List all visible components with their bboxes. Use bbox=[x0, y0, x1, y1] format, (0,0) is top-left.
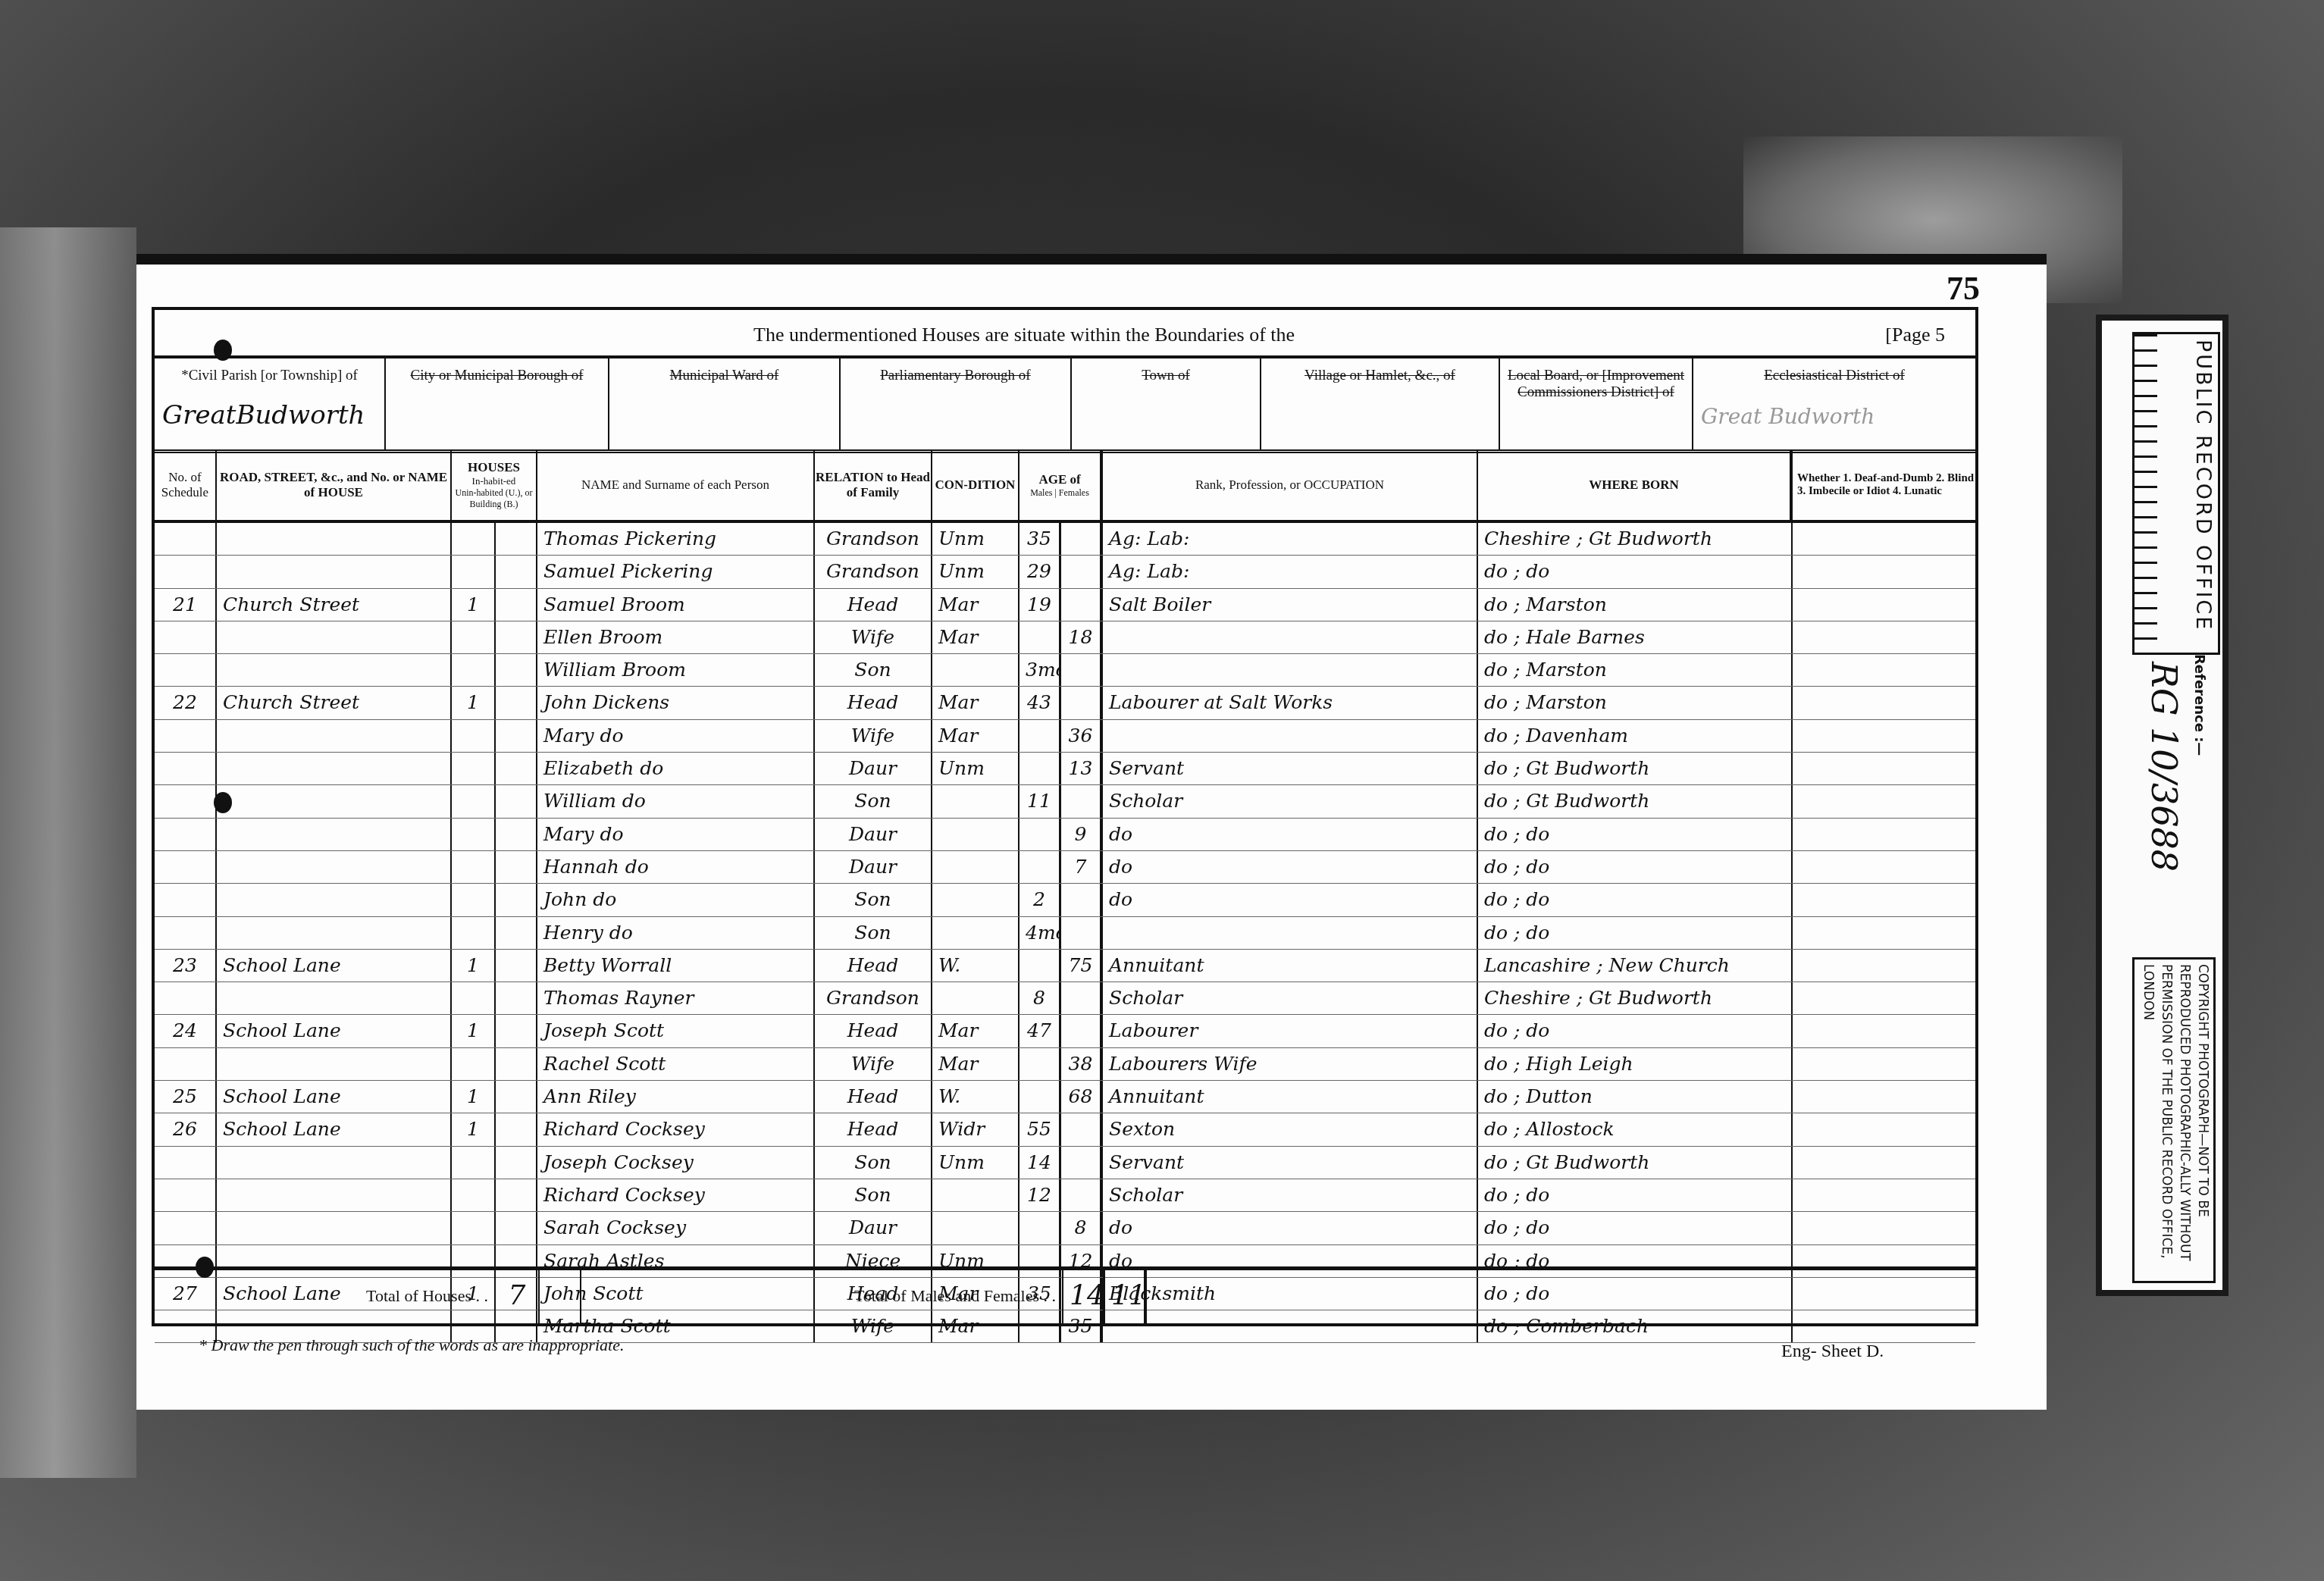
male-age-cell bbox=[1019, 753, 1061, 784]
where-born-cell: do ; do bbox=[1478, 1179, 1793, 1211]
disability-cell bbox=[1793, 917, 1975, 949]
census-rows: Thomas PickeringGrandsonUnm35Ag: Lab:Che… bbox=[155, 523, 1975, 1343]
name-cell: Richard Cocksey bbox=[537, 1179, 815, 1211]
uninhabited-cell bbox=[496, 819, 537, 850]
disability-cell bbox=[1793, 621, 1975, 653]
road-cell bbox=[217, 1147, 452, 1179]
female-age-cell bbox=[1061, 785, 1103, 817]
relation-cell: Head bbox=[815, 687, 932, 718]
total-males: 14 bbox=[1063, 1270, 1105, 1323]
disability-cell bbox=[1793, 687, 1975, 718]
uninhabited-cell bbox=[496, 720, 537, 752]
road-cell bbox=[217, 753, 452, 784]
road-cell bbox=[217, 917, 452, 949]
name-cell: John do bbox=[537, 884, 815, 916]
condition-cell: Mar bbox=[932, 1015, 1019, 1047]
table-row: 21Church Street1Samuel BroomHeadMar19Sal… bbox=[155, 589, 1975, 621]
table-row: Sarah CockseyDaur8dodo ; do bbox=[155, 1212, 1975, 1244]
header-disability: Whether 1. Deaf-and-Dumb 2. Blind 3. Imb… bbox=[1793, 450, 1975, 520]
strip-title: PUBLIC RECORD OFFICE bbox=[2191, 340, 2215, 631]
schedule-cell bbox=[155, 556, 217, 587]
name-cell: Richard Cocksey bbox=[537, 1113, 815, 1145]
occupation-cell: do bbox=[1103, 851, 1478, 883]
female-age-cell: 8 bbox=[1061, 1212, 1103, 1244]
where-born-cell: do ; do bbox=[1478, 1015, 1793, 1047]
banner-title: The undermentioned Houses are situate wi… bbox=[753, 324, 1295, 346]
inhabited-cell bbox=[452, 556, 496, 587]
schedule-cell: 26 bbox=[155, 1113, 217, 1145]
table-row: 25School Lane1Ann RileyHeadW.68Annuitant… bbox=[155, 1081, 1975, 1113]
schedule-cell bbox=[155, 982, 217, 1014]
table-row: Mary doDaur9dodo ; do bbox=[155, 819, 1975, 851]
name-cell: Joseph Cocksey bbox=[537, 1147, 815, 1179]
uninhabited-cell bbox=[496, 589, 537, 621]
uninhabited-cell bbox=[496, 884, 537, 916]
relation-cell: Wife bbox=[815, 720, 932, 752]
occupation-cell: do bbox=[1103, 1212, 1478, 1244]
inhabited-cell bbox=[452, 753, 496, 784]
inhabited-cell bbox=[452, 720, 496, 752]
schedule-cell bbox=[155, 785, 217, 817]
table-row: 26School Lane1Richard CockseyHeadWidr55S… bbox=[155, 1113, 1975, 1146]
table-row: Mary doWifeMar36do ; Davenham bbox=[155, 720, 1975, 753]
uninhabited-cell bbox=[496, 1048, 537, 1080]
where-born-cell: do ; do bbox=[1478, 556, 1793, 587]
schedule-cell: 22 bbox=[155, 687, 217, 718]
disability-cell bbox=[1793, 1048, 1975, 1080]
where-born-cell: Lancashire ; New Church bbox=[1478, 950, 1793, 981]
female-age-cell: 7 bbox=[1061, 851, 1103, 883]
civil-parish-value: GreatBudworth bbox=[162, 400, 365, 430]
occupation-cell: Scholar bbox=[1103, 785, 1478, 817]
table-row: Thomas PickeringGrandsonUnm35Ag: Lab:Che… bbox=[155, 523, 1975, 556]
district-local-board: Local Board, or [Improvement Commissione… bbox=[1500, 358, 1693, 449]
name-cell: William do bbox=[537, 785, 815, 817]
inhabited-cell bbox=[452, 1048, 496, 1080]
condition-cell: Unm bbox=[932, 523, 1019, 555]
schedule-cell bbox=[155, 917, 217, 949]
header-schedule: No. of Schedule bbox=[155, 450, 217, 520]
header-occupation: Rank, Profession, or OCCUPATION bbox=[1103, 450, 1478, 520]
district-town: Town of bbox=[1072, 358, 1261, 449]
disability-cell bbox=[1793, 720, 1975, 752]
inhabited-cell bbox=[452, 621, 496, 653]
relation-cell: Daur bbox=[815, 1212, 932, 1244]
uninhabited-cell bbox=[496, 1179, 537, 1211]
female-age-cell: 38 bbox=[1061, 1048, 1103, 1080]
occupation-cell bbox=[1103, 917, 1478, 949]
name-cell: Mary do bbox=[537, 819, 815, 850]
inhabited-cell: 1 bbox=[452, 687, 496, 718]
punch-hole bbox=[196, 1257, 214, 1278]
total-persons-label: Total of Males and Females . . bbox=[581, 1270, 1063, 1323]
uninhabited-cell bbox=[496, 1113, 537, 1145]
relation-cell: Wife bbox=[815, 1048, 932, 1080]
where-born-cell: do ; do bbox=[1478, 884, 1793, 916]
district-civil-parish: *Civil Parish [or Township] of GreatBudw… bbox=[155, 358, 386, 449]
disability-cell bbox=[1793, 851, 1975, 883]
schedule-cell bbox=[155, 621, 217, 653]
female-age-cell: 75 bbox=[1061, 950, 1103, 981]
ecclesiastical-value: Great Budworth bbox=[1701, 404, 1875, 429]
disability-cell bbox=[1793, 1113, 1975, 1145]
disability-cell bbox=[1793, 982, 1975, 1014]
female-age-cell bbox=[1061, 1113, 1103, 1145]
relation-cell: Daur bbox=[815, 851, 932, 883]
female-age-cell: 13 bbox=[1061, 753, 1103, 784]
disability-cell bbox=[1793, 654, 1975, 686]
schedule-cell bbox=[155, 884, 217, 916]
where-born-cell: Cheshire ; Gt Budworth bbox=[1478, 982, 1793, 1014]
condition-cell bbox=[932, 654, 1019, 686]
relation-cell: Son bbox=[815, 884, 932, 916]
where-born-cell: do ; Gt Budworth bbox=[1478, 785, 1793, 817]
table-row: Thomas RaynerGrandson8ScholarCheshire ; … bbox=[155, 982, 1975, 1015]
schedule-cell bbox=[155, 720, 217, 752]
where-born-cell: do ; Allostock bbox=[1478, 1113, 1793, 1145]
header-houses: HOUSES In-habit-ed Unin-habited (U.), or… bbox=[452, 450, 537, 520]
where-born-cell: do ; Marston bbox=[1478, 654, 1793, 686]
road-cell bbox=[217, 654, 452, 686]
public-record-office-strip: PUBLIC RECORD OFFICE Reference :— RG 10/… bbox=[2096, 315, 2228, 1296]
table-row: Hannah doDaur7dodo ; do bbox=[155, 851, 1975, 884]
occupation-cell: Scholar bbox=[1103, 1179, 1478, 1211]
header-road: ROAD, STREET, &c., and No. or NAME of HO… bbox=[217, 450, 452, 520]
road-cell bbox=[217, 1048, 452, 1080]
disability-cell bbox=[1793, 1212, 1975, 1244]
schedule-cell: 23 bbox=[155, 950, 217, 981]
road-cell: School Lane bbox=[217, 1015, 452, 1047]
totals-row: Total of Houses . . 7 Total of Males and… bbox=[155, 1266, 1975, 1323]
table-row: Elizabeth doDaurUnm13Servantdo ; Gt Budw… bbox=[155, 753, 1975, 785]
relation-cell: Head bbox=[815, 1015, 932, 1047]
table-row: Ellen BroomWifeMar18do ; Hale Barnes bbox=[155, 621, 1975, 654]
where-born-cell: do ; Dutton bbox=[1478, 1081, 1793, 1113]
female-age-cell: 18 bbox=[1061, 621, 1103, 653]
uninhabited-cell bbox=[496, 1212, 537, 1244]
header-relation: RELATION to Head of Family bbox=[815, 450, 932, 520]
name-cell: Sarah Cocksey bbox=[537, 1212, 815, 1244]
name-cell: Ellen Broom bbox=[537, 621, 815, 653]
table-row: 24School Lane1Joseph ScottHeadMar47Labou… bbox=[155, 1015, 1975, 1047]
where-born-cell: Cheshire ; Gt Budworth bbox=[1478, 523, 1793, 555]
district-header: *Civil Parish [or Township] of GreatBudw… bbox=[155, 355, 1975, 453]
punch-hole bbox=[214, 340, 232, 361]
road-cell bbox=[217, 1212, 452, 1244]
relation-cell: Daur bbox=[815, 819, 932, 850]
condition-cell: Mar bbox=[932, 621, 1019, 653]
relation-cell: Grandson bbox=[815, 982, 932, 1014]
table-row: Henry doSon4modo ; do bbox=[155, 917, 1975, 950]
female-age-cell bbox=[1061, 556, 1103, 587]
name-cell: John Dickens bbox=[537, 687, 815, 718]
where-born-cell: do ; Gt Budworth bbox=[1478, 753, 1793, 784]
condition-cell: Widr bbox=[932, 1113, 1019, 1145]
inhabited-cell bbox=[452, 1212, 496, 1244]
relation-cell: Grandson bbox=[815, 523, 932, 555]
disability-cell bbox=[1793, 753, 1975, 784]
uninhabited-cell bbox=[496, 556, 537, 587]
road-cell bbox=[217, 523, 452, 555]
disability-cell bbox=[1793, 1147, 1975, 1179]
name-cell: Elizabeth do bbox=[537, 753, 815, 784]
female-age-cell: 9 bbox=[1061, 819, 1103, 850]
disability-cell bbox=[1793, 1015, 1975, 1047]
uninhabited-cell bbox=[496, 523, 537, 555]
sheet-id: Eng- Sheet D. bbox=[1781, 1342, 1884, 1362]
male-age-cell bbox=[1019, 950, 1061, 981]
inhabited-cell: 1 bbox=[452, 1081, 496, 1113]
district-village: Village or Hamlet, &c., of bbox=[1261, 358, 1500, 449]
occupation-cell: Servant bbox=[1103, 1147, 1478, 1179]
inhabited-cell bbox=[452, 1179, 496, 1211]
uninhabited-cell bbox=[496, 917, 537, 949]
name-cell: Betty Worrall bbox=[537, 950, 815, 981]
schedule-cell bbox=[155, 1212, 217, 1244]
copyright-notice: COPYRIGHT PHOTOGRAPH—NOT TO BE REPRODUCE… bbox=[2132, 957, 2216, 1283]
inhabited-cell bbox=[452, 851, 496, 883]
occupation-cell: Sexton bbox=[1103, 1113, 1478, 1145]
name-cell: Henry do bbox=[537, 917, 815, 949]
census-table: The undermentioned Houses are situate wi… bbox=[152, 307, 1978, 1326]
male-age-cell: 2 bbox=[1019, 884, 1061, 916]
total-houses-label: Total of Houses . . bbox=[155, 1270, 496, 1323]
name-cell: Rachel Scott bbox=[537, 1048, 815, 1080]
name-cell: William Broom bbox=[537, 654, 815, 686]
road-cell bbox=[217, 819, 452, 850]
road-cell bbox=[217, 884, 452, 916]
schedule-cell: 21 bbox=[155, 589, 217, 621]
occupation-cell: Labourer bbox=[1103, 1015, 1478, 1047]
schedule-cell: 24 bbox=[155, 1015, 217, 1047]
district-ecclesiastical: Ecclesiastical District of Great Budwort… bbox=[1693, 358, 1975, 449]
table-row: Samuel PickeringGrandsonUnm29Ag: Lab:do … bbox=[155, 556, 1975, 588]
name-cell: Thomas Pickering bbox=[537, 523, 815, 555]
condition-cell bbox=[932, 917, 1019, 949]
reference-label: Reference :— bbox=[2191, 654, 2207, 756]
where-born-cell: do ; Hale Barnes bbox=[1478, 621, 1793, 653]
disability-cell bbox=[1793, 523, 1975, 555]
where-born-cell: do ; High Leigh bbox=[1478, 1048, 1793, 1080]
female-age-cell bbox=[1061, 589, 1103, 621]
relation-cell: Head bbox=[815, 589, 932, 621]
reference-number: RG 10/3688 bbox=[2144, 662, 2185, 872]
condition-cell: Unm bbox=[932, 556, 1019, 587]
schedule-cell bbox=[155, 819, 217, 850]
occupation-cell: Ag: Lab: bbox=[1103, 556, 1478, 587]
schedule-cell bbox=[155, 851, 217, 883]
road-cell bbox=[217, 982, 452, 1014]
condition-cell bbox=[932, 819, 1019, 850]
male-age-cell: 12 bbox=[1019, 1179, 1061, 1211]
relation-cell: Head bbox=[815, 1113, 932, 1145]
uninhabited-cell bbox=[496, 1081, 537, 1113]
footnote: * Draw the pen through such of the words… bbox=[199, 1335, 624, 1355]
female-age-cell bbox=[1061, 1147, 1103, 1179]
road-cell: Church Street bbox=[217, 687, 452, 718]
inhabited-cell: 1 bbox=[452, 1113, 496, 1145]
table-row: William BroomSon3modo ; Marston bbox=[155, 654, 1975, 687]
condition-cell bbox=[932, 1179, 1019, 1211]
inhabited-cell bbox=[452, 654, 496, 686]
name-cell: Samuel Broom bbox=[537, 589, 815, 621]
banner: The undermentioned Houses are situate wi… bbox=[155, 310, 1975, 355]
uninhabited-cell bbox=[496, 621, 537, 653]
scan-background-left bbox=[0, 227, 136, 1478]
occupation-cell: do bbox=[1103, 884, 1478, 916]
occupation-cell: Labourer at Salt Works bbox=[1103, 687, 1478, 718]
road-cell bbox=[217, 556, 452, 587]
occupation-cell: Scholar bbox=[1103, 982, 1478, 1014]
male-age-cell bbox=[1019, 621, 1061, 653]
relation-cell: Head bbox=[815, 950, 932, 981]
road-cell bbox=[217, 1179, 452, 1211]
name-cell: Mary do bbox=[537, 720, 815, 752]
uninhabited-cell bbox=[496, 1147, 537, 1179]
relation-cell: Daur bbox=[815, 753, 932, 784]
folio-number: 75 bbox=[1947, 269, 1980, 308]
name-cell: Joseph Scott bbox=[537, 1015, 815, 1047]
male-age-cell: 11 bbox=[1019, 785, 1061, 817]
relation-cell: Wife bbox=[815, 621, 932, 653]
occupation-cell: Annuitant bbox=[1103, 950, 1478, 981]
table-row: William doSon11Scholardo ; Gt Budworth bbox=[155, 785, 1975, 818]
table-row: Rachel ScottWifeMar38Labourers Wifedo ; … bbox=[155, 1048, 1975, 1081]
male-age-cell: 43 bbox=[1019, 687, 1061, 718]
occupation-cell: Annuitant bbox=[1103, 1081, 1478, 1113]
male-age-cell: 55 bbox=[1019, 1113, 1061, 1145]
relation-cell: Son bbox=[815, 917, 932, 949]
inhabited-cell bbox=[452, 917, 496, 949]
schedule-cell bbox=[155, 753, 217, 784]
name-cell: Samuel Pickering bbox=[537, 556, 815, 587]
male-age-cell bbox=[1019, 819, 1061, 850]
condition-cell bbox=[932, 1212, 1019, 1244]
female-age-cell bbox=[1061, 1179, 1103, 1211]
road-cell: School Lane bbox=[217, 1113, 452, 1145]
inhabited-cell bbox=[452, 884, 496, 916]
name-cell: Thomas Rayner bbox=[537, 982, 815, 1014]
total-females: 11 bbox=[1105, 1270, 1147, 1323]
male-age-cell bbox=[1019, 851, 1061, 883]
schedule-cell: 25 bbox=[155, 1081, 217, 1113]
header-age: AGE of Males | Females bbox=[1019, 450, 1103, 520]
male-age-cell: 8 bbox=[1019, 982, 1061, 1014]
inhabited-cell bbox=[452, 982, 496, 1014]
female-age-cell bbox=[1061, 1015, 1103, 1047]
relation-cell: Son bbox=[815, 1179, 932, 1211]
uninhabited-cell bbox=[496, 950, 537, 981]
uninhabited-cell bbox=[496, 851, 537, 883]
where-born-cell: do ; Davenham bbox=[1478, 720, 1793, 752]
schedule-cell bbox=[155, 654, 217, 686]
road-cell bbox=[217, 621, 452, 653]
total-houses-value: 7 bbox=[496, 1270, 540, 1323]
male-age-cell: 19 bbox=[1019, 589, 1061, 621]
name-cell: Ann Riley bbox=[537, 1081, 815, 1113]
condition-cell: Mar bbox=[932, 720, 1019, 752]
district-municipal-ward: Municipal Ward of bbox=[609, 358, 841, 449]
inhabited-cell: 1 bbox=[452, 589, 496, 621]
inhabited-cell: 1 bbox=[452, 950, 496, 981]
occupation-cell bbox=[1103, 621, 1478, 653]
female-age-cell bbox=[1061, 654, 1103, 686]
road-cell bbox=[217, 720, 452, 752]
disability-cell bbox=[1793, 1179, 1975, 1211]
disability-cell bbox=[1793, 785, 1975, 817]
where-born-cell: do ; do bbox=[1478, 851, 1793, 883]
occupation-cell: do bbox=[1103, 819, 1478, 850]
page-label: [Page 5 bbox=[1885, 324, 1945, 346]
condition-cell: Mar bbox=[932, 1048, 1019, 1080]
occupation-cell: Salt Boiler bbox=[1103, 589, 1478, 621]
table-row: 22Church Street1John DickensHeadMar43Lab… bbox=[155, 687, 1975, 719]
relation-cell: Head bbox=[815, 1081, 932, 1113]
relation-cell: Son bbox=[815, 1147, 932, 1179]
condition-cell: W. bbox=[932, 1081, 1019, 1113]
male-age-cell: 4mo bbox=[1019, 917, 1061, 949]
where-born-cell: do ; do bbox=[1478, 819, 1793, 850]
condition-cell bbox=[932, 884, 1019, 916]
header-where-born: WHERE BORN bbox=[1478, 450, 1793, 520]
occupation-cell: Labourers Wife bbox=[1103, 1048, 1478, 1080]
inhabited-cell bbox=[452, 523, 496, 555]
relation-cell: Son bbox=[815, 654, 932, 686]
condition-cell bbox=[932, 982, 1019, 1014]
table-row: Joseph CockseySonUnm14Servantdo ; Gt Bud… bbox=[155, 1147, 1975, 1179]
district-parliamentary-borough: Parliamentary Borough of bbox=[841, 358, 1072, 449]
disability-cell bbox=[1793, 950, 1975, 981]
table-row: 23School Lane1Betty WorrallHeadW.75Annui… bbox=[155, 950, 1975, 982]
female-age-cell bbox=[1061, 884, 1103, 916]
occupation-cell bbox=[1103, 720, 1478, 752]
district-municipal-borough: City or Municipal Borough of bbox=[386, 358, 609, 449]
schedule-cell bbox=[155, 1147, 217, 1179]
uninhabited-cell bbox=[496, 654, 537, 686]
female-age-cell bbox=[1061, 523, 1103, 555]
male-age-cell: 29 bbox=[1019, 556, 1061, 587]
condition-cell bbox=[932, 851, 1019, 883]
uninhabited-cell bbox=[496, 753, 537, 784]
condition-cell: Mar bbox=[932, 589, 1019, 621]
uninhabited-cell bbox=[496, 982, 537, 1014]
condition-cell: Unm bbox=[932, 1147, 1019, 1179]
where-born-cell: do ; do bbox=[1478, 1212, 1793, 1244]
road-cell bbox=[217, 851, 452, 883]
uninhabited-cell bbox=[496, 687, 537, 718]
female-age-cell bbox=[1061, 687, 1103, 718]
inhabited-cell bbox=[452, 819, 496, 850]
male-age-cell bbox=[1019, 1212, 1061, 1244]
relation-cell: Grandson bbox=[815, 556, 932, 587]
header-condition: CON-DITION bbox=[932, 450, 1019, 520]
male-age-cell: 35 bbox=[1019, 523, 1061, 555]
male-age-cell: 3mo bbox=[1019, 654, 1061, 686]
table-row: Richard CockseySon12Scholardo ; do bbox=[155, 1179, 1975, 1212]
male-age-cell: 14 bbox=[1019, 1147, 1061, 1179]
schedule-cell bbox=[155, 1048, 217, 1080]
where-born-cell: do ; Gt Budworth bbox=[1478, 1147, 1793, 1179]
schedule-cell bbox=[155, 523, 217, 555]
uninhabited-cell bbox=[496, 1015, 537, 1047]
occupation-cell bbox=[1103, 654, 1478, 686]
disability-cell bbox=[1793, 1081, 1975, 1113]
male-age-cell bbox=[1019, 1081, 1061, 1113]
table-row: John doSon2dodo ; do bbox=[155, 884, 1975, 916]
disability-cell bbox=[1793, 884, 1975, 916]
where-born-cell: do ; Marston bbox=[1478, 687, 1793, 718]
condition-cell: Unm bbox=[932, 753, 1019, 784]
